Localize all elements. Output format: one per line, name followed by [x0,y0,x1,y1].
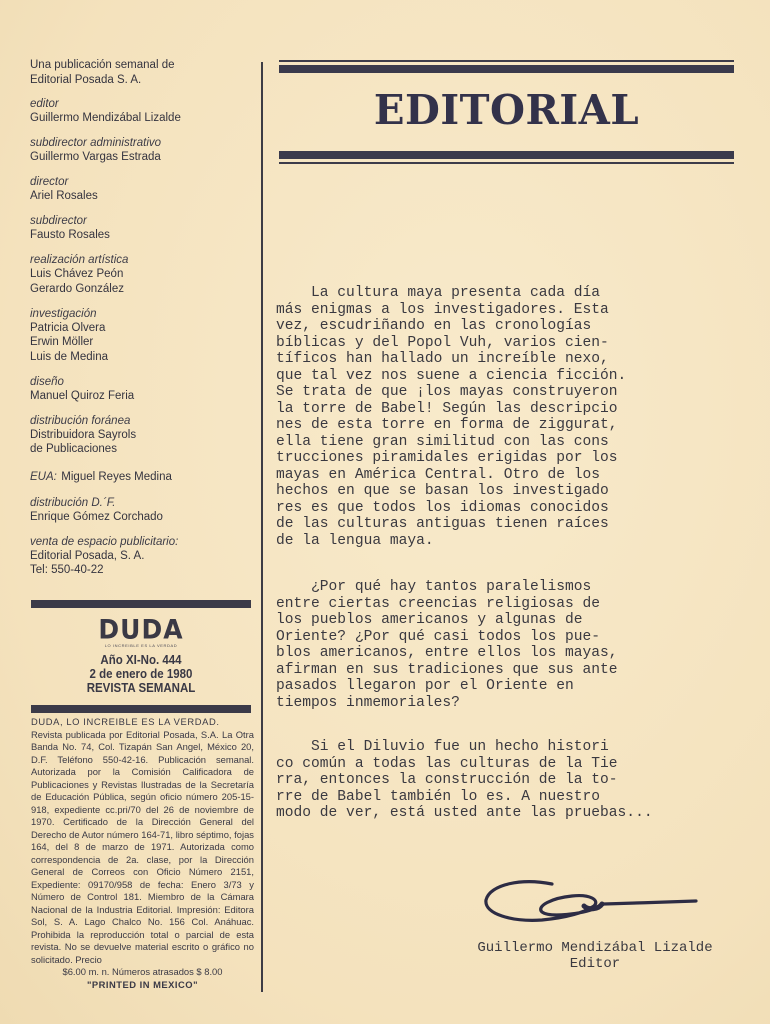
credit-role: director [30,175,255,189]
credit-entry: distribución D.´F.Enrique Gómez Corchado [30,496,255,525]
printed-in-mexico: "PRINTED IN MEXICO" [31,979,254,992]
signature-name: Guillermo Mendizábal Lizalde [430,940,760,956]
signature-block: Guillermo Mendizábal Lizalde Editor [430,940,760,972]
credit-role: distribución foránea [30,414,255,428]
legal-notice: DUDA, LO INCREIBLE ES LA VERDAD. Revista… [31,716,254,991]
legal-headline: DUDA, LO INCREIBLE ES LA VERDAD. [31,716,254,729]
credit-name: de Publicaciones [30,442,255,457]
credit-role: venta de espacio publicitario: [30,535,255,549]
credit-name: Luis Chávez Peón [30,267,255,282]
publication-block: DUDA LO INCREIBLE ES LA VERDAD Año XI-No… [31,617,251,695]
credit-entry: EUA: Miguel Reyes Medina [30,467,255,485]
credit-entry: directorAriel Rosales [30,175,255,204]
credit-name: Enrique Gómez Corchado [30,510,255,525]
credit-entry: editorGuillermo Mendizábal Lizalde [30,97,255,126]
credit-name: Fausto Rosales [30,228,255,243]
credit-role: investigación [30,307,255,321]
credit-entry: diseñoManuel Quiroz Feria [30,375,255,404]
credit-name: Gerardo González [30,282,255,297]
credit-name: Manuel Quiroz Feria [30,389,255,404]
issue-frequency: REVISTA SEMANAL [40,681,242,695]
header-rule-thick-top [279,65,734,73]
issue-number: Año XI-No. 444 [40,653,242,667]
credits-list: editorGuillermo Mendizábal Lizaldesubdir… [30,97,255,578]
credit-role: editor [30,97,255,111]
credit-role: distribución D.´F. [30,496,255,510]
credit-name: Guillermo Mendizábal Lizalde [30,111,255,126]
legal-price: $6.00 m. n. Números atrasados $ 8.00 [31,966,254,979]
credit-name: Luis de Medina [30,350,255,365]
credit-entry: subdirector administrativoGuillermo Varg… [30,136,255,165]
editorial-paragraph: La cultura maya presenta cada día más en… [276,285,696,549]
credit-name: Ariel Rosales [30,189,255,204]
credit-entry: venta de espacio publicitario:Editorial … [30,535,255,578]
credit-entry: realización artísticaLuis Chávez PeónGer… [30,253,255,296]
credit-name: Distribuidora Sayrols [30,428,255,443]
credit-name: Miguel Reyes Medina [61,471,172,483]
credit-name: Erwin Möller [30,335,255,350]
legal-body: Revista publicada por Editorial Posada, … [31,729,254,965]
bottom-bar [31,705,251,713]
editorial-paragraph: ¿Por qué hay tantos paralelismos entre c… [276,579,696,711]
credit-role: subdirector [30,214,255,228]
credit-role: subdirector administrativo [30,136,255,150]
credit-entry: distribución foráneaDistribuidora Sayrol… [30,414,255,457]
duda-logo: DUDA [31,616,251,643]
credit-name: Editorial Posada, S. A. [30,549,255,564]
top-bar [31,600,251,608]
credit-role: diseño [30,375,255,389]
credit-role: realización artística [30,253,255,267]
masthead-intro: Una publicación semanal de Editorial Pos… [30,58,255,87]
editorial-title: EDITORIAL [284,84,730,136]
signature-title: Editor [430,956,760,972]
editorial-paragraph: Si el Diluvio fue un hecho histori co co… [276,739,696,822]
masthead: Una publicación semanal de Editorial Pos… [30,58,255,588]
credit-entry: investigaciónPatricia OlveraErwin Möller… [30,307,255,365]
credit-name: Guillermo Vargas Estrada [30,150,255,165]
column-divider [261,62,263,992]
credit-name: Patricia Olvera [30,321,255,336]
magazine-page: Una publicación semanal de Editorial Pos… [0,0,770,1024]
credit-role: EUA: [30,471,57,483]
header-rule-thin-bottom [279,162,734,164]
header-rule-thick-bottom [279,151,734,159]
credit-entry: subdirectorFausto Rosales [30,214,255,243]
header-rule-thin-top [279,60,734,62]
signature-icon [482,876,702,928]
issue-date: 2 de enero de 1980 [40,667,242,681]
credit-name: Tel: 550-40-22 [30,563,255,578]
